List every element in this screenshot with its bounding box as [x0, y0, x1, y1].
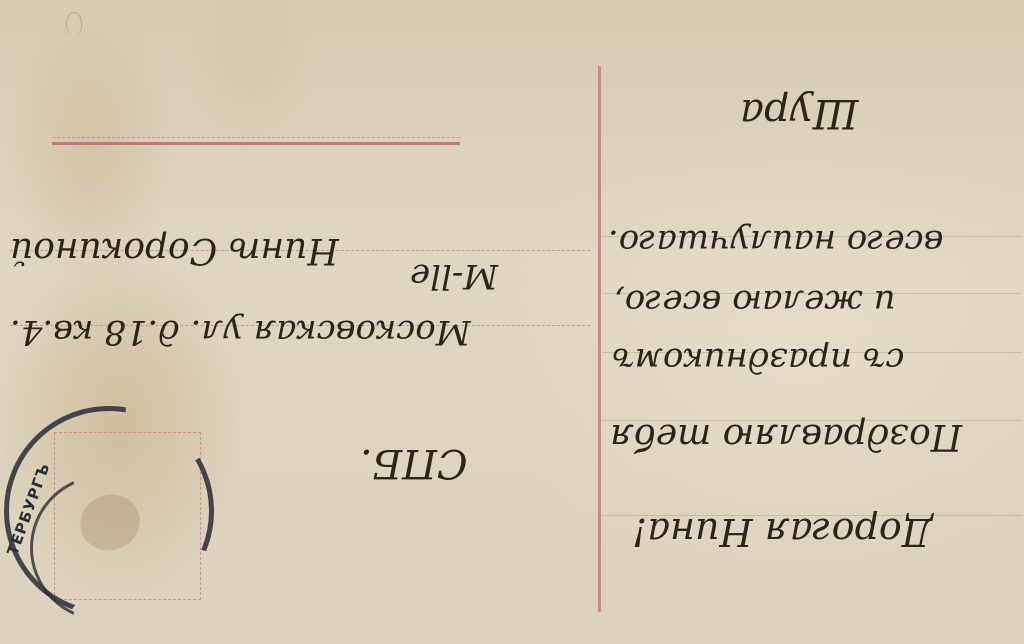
address-recipient: Нинѣ Сорокиной	[10, 230, 339, 271]
corner-pencil-mark	[66, 12, 82, 35]
postcard-back: ТЕРБУРГЪ Дорогая Нина! Поздравляю тебя с…	[0, 0, 1024, 644]
message-greeting: Дорогая Нина!	[632, 510, 933, 554]
address-city: СПБ.	[360, 440, 468, 486]
message-signature: Шура	[740, 90, 858, 136]
address-rule-dashed-top	[52, 137, 460, 138]
address-rule-top	[52, 142, 460, 145]
address-recipient-prefix: М-lle	[410, 256, 498, 296]
message-line-best: всего наилучшаго.	[608, 222, 943, 262]
message-line-holiday: съ праздникомъ	[612, 340, 904, 380]
message-line-wish: и желаю всего,	[614, 282, 896, 322]
address-street: Московская ул. д.18 кв.4.	[10, 312, 471, 352]
center-divider-line	[598, 66, 601, 612]
message-line-congratulate: Поздравляю тебя	[610, 416, 962, 457]
